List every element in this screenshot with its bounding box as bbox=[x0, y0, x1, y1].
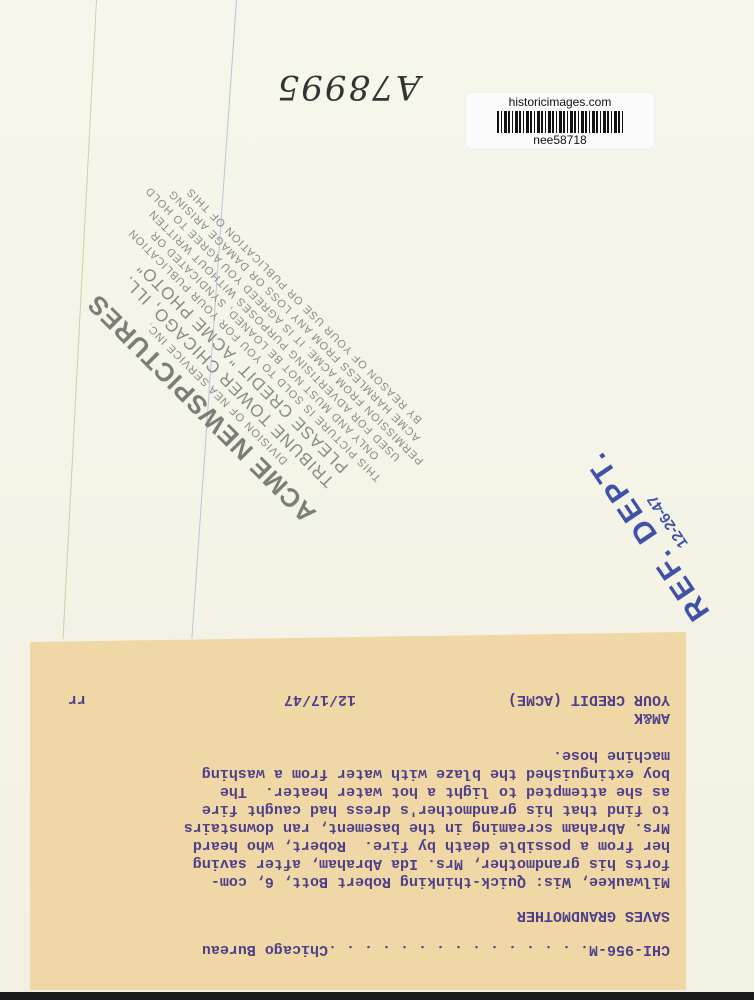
caption-header: CHI-956-M. . . . . . . . . . . . . . .Ch… bbox=[46, 940, 670, 958]
stamp-line: THIS PICTURE IS SOLD TO YOU FOR YOUR PUB… bbox=[66, 166, 444, 544]
ref-dept-label: REF. DEPT. bbox=[579, 444, 716, 626]
caption-body-line: boy extinguished the blaze with water fr… bbox=[46, 764, 670, 782]
caption-footer-date: 12/17/47 bbox=[46, 690, 356, 708]
caption-body-line: as she attempted to light a hot water he… bbox=[46, 782, 670, 800]
handwritten-number: A78995 bbox=[268, 62, 428, 112]
caption-body-line: forts his grandmother, Mrs. Ida Abraham,… bbox=[46, 854, 670, 872]
scan-edge bbox=[0, 992, 754, 1000]
caption-body-line: Milwaukee, Wis: Quick-thinking Robert Bo… bbox=[46, 872, 670, 890]
caption-slip: CHI-956-M. . . . . . . . . . . . . . .Ch… bbox=[30, 632, 686, 990]
barcode-label: historicimages.com nee58718 bbox=[466, 93, 654, 149]
barcode-code: nee58718 bbox=[466, 133, 654, 147]
caption-body-line: machine hose. bbox=[46, 746, 670, 764]
caption-title: SAVES GRANDMOTHER bbox=[46, 906, 670, 924]
caption-footer-initials: rr bbox=[46, 690, 86, 708]
barcode-site: historicimages.com bbox=[466, 96, 654, 109]
ref-dept-stamp: REF. DEPT. 12-26-47 bbox=[560, 440, 750, 620]
caption-footer-code: AM&K bbox=[46, 708, 670, 726]
caption-body-line: Mrs. Abraham screaming in the basement, … bbox=[46, 818, 670, 836]
caption-body-line: her from a possible death by fire. Rober… bbox=[46, 836, 670, 854]
barcode-icon bbox=[497, 111, 623, 133]
acme-stamp: ACME NEWSPICTURES DIVISION OF NEA SERVIC… bbox=[40, 150, 460, 570]
caption-body-line: to find that his grandmother's dress had… bbox=[46, 800, 670, 818]
